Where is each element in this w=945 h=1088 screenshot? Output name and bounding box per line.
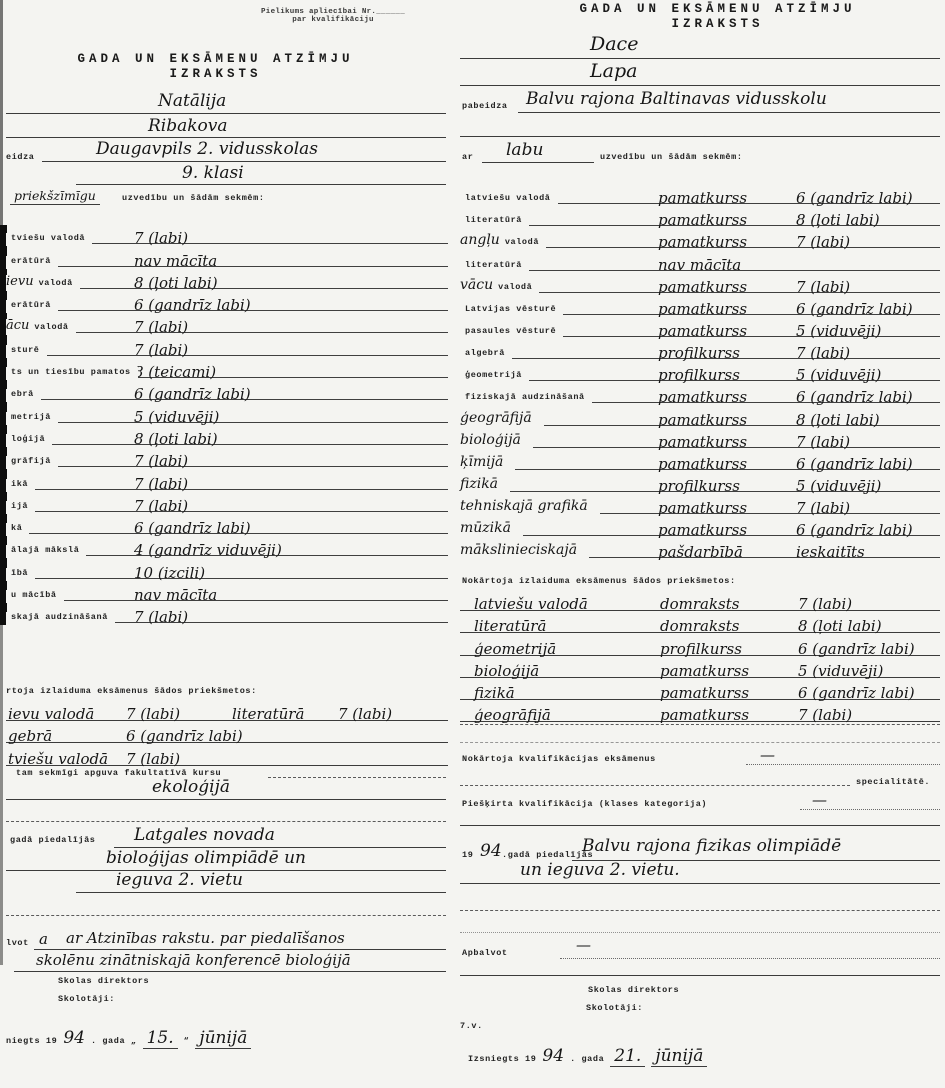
exam-course-handwritten: pamatkurss: [660, 686, 749, 701]
participation-handwritten-3: ieguva 2. vietu: [116, 872, 243, 889]
qualification-dash-handwritten: —: [760, 748, 775, 763]
subject-row: pamatkurss 8 (ļoti labi) literatūrā: [460, 204, 940, 226]
exam-subject-handwritten: latviešu valodā: [474, 597, 588, 612]
issued-year-handwritten: 94: [63, 1030, 85, 1047]
subject-label-wrap: ģeogrāfijā: [460, 411, 544, 428]
subject-label-handwritten: mākslinieciskajā: [460, 543, 577, 557]
exam-subject-handwritten: tviešu valodā: [8, 752, 108, 767]
specialty-label: specialitātē.: [856, 777, 930, 787]
school-line: [42, 161, 446, 162]
exam-course-handwritten: domraksts: [660, 597, 739, 612]
surname-line: [6, 137, 446, 138]
subject-row: nav mācīta u mācībā: [6, 579, 448, 601]
surname-handwritten: Ribakova: [148, 118, 228, 135]
grade-value-handwritten: 6 (gandrīz labi): [134, 298, 251, 313]
exam-subject-handwritten: fizikā: [474, 686, 515, 701]
subject-row: pamatkurss 6 (gandrīz labi) Latvijas vēs…: [460, 293, 940, 315]
school-handwritten: Balvu rajona Baltinavas vidusskolu: [526, 91, 827, 108]
exam-grade-handwritten: 7 (labi): [798, 597, 852, 612]
grade-value-handwritten: 6 (gandrīz labi): [796, 302, 913, 317]
grade-value-handwritten: 5 (viduvēji): [796, 479, 881, 494]
exam-row: ievu valodā 7 (labi) literatūrā 7 (labi): [6, 698, 448, 721]
subject-label: valodā: [505, 237, 539, 247]
subject-label: ebrā: [11, 389, 34, 399]
subject-row: 6 (gandrīz labi) kā: [6, 512, 448, 534]
exam-row: tviešu valodā 7 (labi): [6, 743, 448, 766]
right-subjects-list: pamatkurss 6 (gandrīz labi) latviešu val…: [460, 182, 940, 558]
scanned-transcript-sheet: Pielikums apliecībai Nr.______ par kvali…: [0, 0, 945, 1088]
exam-grade-handwritten: 7 (labi): [798, 708, 852, 723]
subject-row: pamatkurss 6 (gandrīz labi) latviešu val…: [460, 182, 940, 204]
subject-label: algebrā: [465, 348, 505, 358]
grade-value-handwritten: 7 (labi): [796, 435, 850, 450]
exam-row: gebrā 6 (gandrīz labi): [6, 721, 448, 744]
course-type-handwritten: pašdarbībā: [658, 545, 743, 560]
exam-subject-handwritten: literatūrā: [474, 619, 546, 634]
grade-value-handwritten: 5 (viduvēji): [796, 368, 881, 383]
school-field-label: pabeidza: [462, 101, 508, 111]
grade-value-handwritten: 7 (labi): [134, 610, 188, 625]
grade-value-handwritten: 8 (ļoti labi): [134, 432, 218, 447]
category-trail-line: [800, 809, 940, 810]
grade-value-handwritten: 8 (ļoti labi): [796, 413, 880, 428]
facultative-handwritten: ekoloģijā: [152, 779, 230, 796]
teachers-signature-label: Skolotāji:: [58, 994, 115, 1004]
school-line: [518, 112, 940, 113]
course-type-handwritten: pamatkurss: [658, 501, 747, 516]
course-type-handwritten: profilkurss: [658, 368, 740, 383]
subject-row: 7 (labi) ikā: [6, 467, 448, 489]
subject-label: literatūrā: [465, 260, 522, 270]
subject-label-handwritten: ķīmijā: [460, 455, 503, 469]
right-page-title: GADA UN EKSĀMENU ATZĪMJU: [500, 2, 935, 16]
course-type-handwritten: pamatkurss: [658, 523, 747, 538]
issued-mid: . gada „: [91, 1036, 137, 1046]
exams-section-header: Nokārtoja izlaiduma eksāmenus šādos prie…: [462, 576, 736, 586]
grade-value-handwritten: nav mācīta: [134, 588, 217, 603]
subject-label: loģijā: [11, 434, 45, 444]
subject-label: ikā: [11, 479, 28, 489]
issued-day-handwritten: 21.: [610, 1048, 645, 1067]
subject-row: pamatkurss 5 (viduvēji) pasaules vēsturē: [460, 315, 940, 337]
page-left: Pielikums apliecībai Nr.______ par kvali…: [6, 0, 455, 1088]
grade-value-handwritten: 7 (labi): [134, 343, 188, 358]
subject-row: 7 (labi) tviešu valodā: [6, 222, 448, 244]
subject-row: pamatkurss 7 (labi) angļuvalodā: [460, 226, 940, 248]
exam-subject-handwritten: ģeometrijā: [474, 642, 556, 657]
subject-label-wrap: fiziskajā audzināšanā: [460, 392, 592, 405]
facultative-trail-line: [268, 777, 446, 778]
grade-value-handwritten: 8 (ļoti labi): [134, 276, 218, 291]
category-label: Piešķirta kvalifikācija (klases kategori…: [462, 799, 707, 809]
award-field-label: Apbalvot: [462, 948, 508, 958]
exams-section-header: rtoja izlaiduma eksāmenus šādos priekšme…: [6, 686, 257, 696]
award-handwritten-2: skolēnu zinātniskajā konferencē bioloģij…: [36, 953, 351, 968]
course-type-handwritten: pamatkurss: [658, 457, 747, 472]
participation-label: .gadā piedalījās: [502, 850, 593, 860]
exam-course-handwritten: domraksts: [660, 619, 739, 634]
subject-label-wrap: ģeometrijā: [460, 370, 529, 383]
subject-label: ālajā mākslā: [11, 545, 79, 555]
subject-label-wrap: ebrā: [6, 389, 41, 402]
award-handwritten-1: ar Atzinības rakstu. par piedalīšanos: [66, 931, 345, 946]
subject-label-wrap: angļuvalodā: [460, 233, 546, 250]
exam-grade-handwritten: 6 (gandrīz labi): [798, 642, 915, 657]
subject-row: pamatkurss 6 (gandrīz labi) mūzikā: [460, 514, 940, 536]
grade-value-handwritten: 6 (gandrīz labi): [796, 457, 913, 472]
issued-date-row: niegts 19 94 . gada „ 15. “ jūnijā: [6, 1030, 251, 1049]
subject-label-wrap: mākslinieciskajā: [460, 543, 589, 560]
exam-course-handwritten: pamatkurss: [660, 664, 749, 679]
exam-row: latviešu valodā domraksts 7 (labi): [460, 589, 940, 611]
subject-row: profilkurss 5 (viduvēji) ģeometrijā: [460, 359, 940, 381]
subject-label-handwritten: tehniskajā grafikā: [460, 499, 588, 513]
subject-label-wrap: ijā: [6, 501, 35, 514]
subject-label: grāfijā: [11, 456, 51, 466]
subject-label-wrap: erātūrā: [6, 300, 58, 313]
conduct-label: uzvedību un šādām sekmēm:: [600, 152, 743, 162]
exam-grade-handwritten: 7 (labi): [126, 707, 180, 722]
participation-label: gadā piedalījās: [10, 835, 96, 845]
subject-label: sturē: [11, 345, 40, 355]
subject-row: 7 (labi) sturē: [6, 333, 448, 355]
award-field-label: lvot: [6, 938, 29, 948]
course-type-handwritten: profilkurss: [658, 479, 740, 494]
first-name-handwritten: Dace: [590, 35, 638, 54]
left-stamp: Pielikums apliecībai Nr.______ par kvali…: [261, 8, 405, 24]
subject-label: erātūrā: [11, 300, 51, 310]
grade-value-handwritten: 6 (gandrīz labi): [796, 523, 913, 538]
subject-label-handwritten: bioloģijā: [460, 433, 521, 447]
course-type-handwritten: nav mācīta: [658, 258, 741, 273]
surname-line: [460, 85, 940, 86]
subject-label-wrap: latviešu valodā: [460, 193, 558, 206]
participation-year-handwritten: 94: [480, 843, 502, 860]
grade-value-handwritten: 7 (labi): [796, 501, 850, 516]
subject-row: 6 (gandrīz labi) erātūrā: [6, 289, 448, 311]
subject-label-wrap: kā: [6, 523, 29, 536]
subject-label-wrap: vācuvalodā: [460, 278, 539, 295]
participation-handwritten-2: un ieguva 2. vietu.: [520, 862, 680, 879]
course-type-handwritten: pamatkurss: [658, 235, 747, 250]
empty-line: [460, 910, 940, 911]
subject-label: literatūrā: [465, 215, 522, 225]
exam-grade-handwritten: 7 (labi): [126, 752, 180, 767]
grade-value-handwritten: 7 (labi): [134, 454, 188, 469]
subject-label-handwritten: angļu: [460, 233, 500, 247]
subject-label: skajā audzināšanā: [11, 612, 108, 622]
grade-value-handwritten: 7 (labi): [796, 235, 850, 250]
subject-label-wrap: u mācībā: [6, 590, 64, 603]
exam-grade-2-handwritten: 7 (labi): [338, 707, 392, 722]
subject-label: valodā: [498, 282, 532, 292]
grade-value-handwritten: 7 (labi): [134, 477, 188, 492]
subject-row: 5 (viduvēji) metrijā: [6, 400, 448, 422]
subject-row: pamatkurss 8 (ļoti labi) ģeogrāfijā: [460, 403, 940, 425]
specialty-line: [460, 785, 850, 786]
exam-course-handwritten: profilkurss: [660, 642, 742, 657]
exam-row: ģeometrijā profilkurss 6 (gandrīz labi): [460, 633, 940, 655]
empty-line: [460, 136, 940, 137]
stamp-line: par kvalifikāciju: [261, 16, 405, 24]
course-type-handwritten: profilkurss: [658, 346, 740, 361]
subject-row: 7 (labi) skajā audzināšanā: [6, 601, 448, 623]
grade-value-handwritten: 8 (ļoti labi): [796, 213, 880, 228]
grade-value-handwritten: 6 (gandrīz labi): [796, 390, 913, 405]
subject-row: profilkurss 7 (labi) algebrā: [460, 337, 940, 359]
subject-label-wrap: sturē: [6, 345, 47, 358]
empty-line: [460, 825, 940, 826]
subject-label-handwritten: mūzikā: [460, 521, 511, 535]
name-line: [6, 113, 446, 114]
grade-value-handwritten: nav mācīta: [134, 254, 217, 269]
subject-row: nav mācīta literatūrā: [460, 248, 940, 270]
subject-label-wrap: ālajā mākslā: [6, 545, 86, 558]
course-type-handwritten: pamatkurss: [658, 280, 747, 295]
seal-place-label: 7.v.: [460, 1021, 483, 1031]
subject-label-wrap: ts un tiesību pamatos: [6, 367, 138, 380]
exam-subject-handwritten: ģeogrāfijā: [474, 708, 551, 723]
subject-row: pamatkurss 6 (gandrīz labi) fiziskajā au…: [460, 381, 940, 403]
subject-row: 7 (labi) ijā: [6, 490, 448, 512]
grade-value-handwritten: 7 (labi): [796, 346, 850, 361]
subject-label-wrap: ķīmijā: [460, 455, 515, 472]
right-exams-list: latviešu valodā domraksts 7 (labi) liter…: [460, 589, 940, 722]
course-type-handwritten: pamatkurss: [658, 435, 747, 450]
subject-label: latviešu valodā: [465, 193, 551, 203]
conduct-handwritten: priekšzīmīgu: [10, 190, 100, 205]
grade-value-handwritten: 6 (gandrīz labi): [134, 521, 251, 536]
left-page-title-line2: IZRAKSTS: [6, 67, 425, 81]
subject-label: ģeometrijā: [465, 370, 522, 380]
exam-grade-handwritten: 6 (gandrīz labi): [798, 686, 915, 701]
subject-row: 10 (izcili) ībā: [6, 556, 448, 578]
subject-label-handwritten: ācu: [6, 319, 29, 332]
qualification-exams-label: Nokārtoja kvalifikācijas eksāmenus: [462, 754, 656, 764]
course-type-handwritten: pamatkurss: [658, 302, 747, 317]
empty-line: [6, 821, 446, 822]
subject-row: 7 (labi) grāfijā: [6, 445, 448, 467]
director-signature-label: Skolas direktors: [588, 985, 679, 995]
subject-row: 6 (gandrīz labi) ebrā: [6, 378, 448, 400]
exam-row: literatūrā domraksts 8 (ļoti labi): [460, 611, 940, 633]
empty-line: [460, 724, 940, 725]
subject-row: pamatkurss 6 (gandrīz labi) ķīmijā: [460, 448, 940, 470]
issued-date-row: Izsniegts 19 94 . gada 21. jūnijā: [468, 1048, 707, 1067]
subject-label: erātūrā: [11, 256, 51, 266]
issued-mid: . gada: [570, 1054, 604, 1064]
subject-label: ībā: [11, 568, 28, 578]
subject-label-wrap: literatūrā: [460, 260, 529, 273]
participation-line-2: [460, 883, 940, 884]
first-name-handwritten: Natālija: [158, 93, 226, 110]
award-line: [460, 975, 940, 976]
grade-value-handwritten: 7 (labi): [134, 499, 188, 514]
school-handwritten: Daugavpils 2. vidusskolas: [96, 141, 318, 158]
teachers-signature-label: Skolotāji:: [586, 1003, 643, 1013]
grade-value-handwritten: 5 (viduvēji): [796, 324, 881, 339]
subject-label: valodā: [34, 322, 68, 332]
participation-handwritten-2: bioloģijas olimpiādē un: [106, 850, 306, 867]
page-right: GADA UN EKSĀMENU ATZĪMJU IZRAKSTS Dace L…: [460, 0, 945, 1088]
scan-edge-artifact: [0, 625, 3, 965]
course-type-handwritten: pamatkurss: [658, 413, 747, 428]
course-type-handwritten: pamatkurss: [658, 390, 747, 405]
grade-value-handwritten: 4 (gandrīz viduvēji): [134, 543, 282, 558]
subject-label-wrap: ācuvalodā: [6, 319, 76, 335]
empty-line: [460, 932, 940, 933]
award-trail-line: [560, 958, 940, 959]
subject-row: 8 (teicami) ts un tiesību pamatos: [6, 356, 448, 378]
subject-row: pamatkurss 7 (labi) vācuvalodā: [460, 271, 940, 293]
subject-row: 4 (gandrīz viduvēji) ālajā mākslā: [6, 534, 448, 556]
participation-prefix: 19: [462, 850, 473, 860]
empty-line: [460, 742, 940, 743]
award-dash-handwritten: —: [576, 938, 591, 953]
subject-label-wrap: grāfijā: [6, 456, 58, 469]
subject-row: profilkurss 5 (viduvēji) fizikā: [460, 470, 940, 492]
exam-subject-handwritten: ievu valodā: [8, 707, 94, 722]
grade-value-handwritten: 7 (labi): [796, 280, 850, 295]
issued-day-handwritten: 15.: [143, 1030, 178, 1049]
subject-label-wrap: Latvijas vēsturē: [460, 304, 563, 317]
conduct-label: uzvedību un šādām sekmēm:: [122, 193, 265, 203]
qualification-trail-line: [746, 764, 940, 765]
right-page-title-line2: IZRAKSTS: [500, 17, 935, 31]
class-handwritten: 9. klasi: [182, 165, 244, 182]
exam-subject-handwritten: bioloģijā: [474, 664, 539, 679]
subject-label-wrap: tviešu valodā: [6, 233, 92, 246]
grade-value-handwritten: ieskaitīts: [796, 545, 865, 560]
subject-label-wrap: literatūrā: [460, 215, 529, 228]
subject-label-wrap: loģijā: [6, 434, 52, 447]
subject-label-wrap: erātūrā: [6, 256, 58, 269]
exam-grade-handwritten: 6 (gandrīz labi): [126, 729, 243, 744]
subject-label-wrap: mūzikā: [460, 521, 523, 538]
empty-line: [6, 915, 446, 916]
subject-row: nav mācīta erātūrā: [6, 244, 448, 266]
course-type-handwritten: pamatkurss: [658, 191, 747, 206]
exam-row: fizikā pamatkurss 6 (gandrīz labi): [460, 678, 940, 700]
category-dash-handwritten: —: [812, 793, 827, 808]
subject-label-wrap: skajā audzināšanā: [6, 612, 115, 625]
award-line-2: [14, 971, 446, 972]
subject-label-wrap: pasaules vēsturē: [460, 326, 563, 339]
surname-handwritten: Lapa: [590, 62, 637, 81]
subject-label-handwritten: ievu: [6, 275, 34, 288]
subject-label-wrap: fizikā: [460, 477, 510, 494]
grade-value-handwritten: 5 (viduvēji): [134, 410, 219, 425]
subject-label: ts un tiesību pamatos: [11, 367, 131, 377]
class-line: [76, 184, 446, 185]
left-exams-list: ievu valodā 7 (labi) literatūrā 7 (labi)…: [6, 698, 448, 766]
award-suffix-handwritten: a: [39, 932, 48, 947]
exam-row: ģeogrāfijā pamatkurss 7 (labi): [460, 700, 940, 722]
exam-grade-handwritten: 5 (viduvēji): [798, 664, 883, 679]
stamp-line: Pielikums apliecībai Nr.______: [261, 8, 405, 16]
subject-row: pašdarbībā ieskaitīts mākslinieciskajā: [460, 536, 940, 558]
subject-row: pamatkurss 7 (labi) tehniskajā grafikā: [460, 492, 940, 514]
issued-month-handwritten: jūnijā: [195, 1030, 251, 1049]
left-subjects-list: 7 (labi) tviešu valodā nav mācīta erātūr…: [6, 222, 448, 623]
course-type-handwritten: pamatkurss: [658, 324, 747, 339]
subject-label-wrap: ikā: [6, 479, 35, 492]
subject-label: kā: [11, 523, 22, 533]
participation-line-3: [76, 892, 446, 893]
issued-close: “: [184, 1036, 190, 1046]
subject-row: pamatkurss 7 (labi) bioloģijā: [460, 426, 940, 448]
grade-value-handwritten: 7 (labi): [134, 231, 188, 246]
award-line-1: [34, 949, 446, 950]
grade-value-handwritten: 6 (gandrīz labi): [134, 387, 251, 402]
school-field-label: eidza: [6, 152, 35, 162]
issued-prefix: niegts 19: [6, 1036, 57, 1046]
grade-value-handwritten: 10 (izcili): [134, 566, 205, 581]
grade-value-handwritten: 7 (labi): [134, 320, 188, 335]
subject-row: 7 (labi) ācuvalodā: [6, 311, 448, 333]
subject-label: tviešu valodā: [11, 233, 85, 243]
grade-value-handwritten: 6 (gandrīz labi): [796, 191, 913, 206]
subject-label: fiziskajā audzināšanā: [465, 392, 585, 402]
subject-label: ijā: [11, 501, 28, 511]
exam-grade-handwritten: 8 (ļoti labi): [798, 619, 882, 634]
issued-prefix: Izsniegts 19: [468, 1054, 536, 1064]
subject-label: u mācībā: [11, 590, 57, 600]
subject-row: 8 (ļoti labi) ievuvalodā: [6, 267, 448, 289]
grade-value-handwritten: 8 (teicami): [134, 365, 216, 380]
subject-label-handwritten: vācu: [460, 278, 493, 292]
subject-label: pasaules vēsturē: [465, 326, 556, 336]
subject-label-handwritten: fizikā: [460, 477, 498, 491]
subject-label: Latvijas vēsturē: [465, 304, 556, 314]
exam-row: bioloģijā pamatkurss 5 (viduvēji): [460, 656, 940, 678]
facultative-line: [6, 799, 446, 800]
course-type-handwritten: pamatkurss: [658, 213, 747, 228]
subject-label-wrap: ievuvalodā: [6, 275, 80, 291]
subject-label-wrap: metrijā: [6, 412, 58, 425]
subject-label-wrap: bioloģijā: [460, 433, 533, 450]
subject-label-handwritten: ģeogrāfijā: [460, 411, 532, 425]
conduct-handwritten: labu: [506, 142, 543, 159]
exam-subject-handwritten: gebrā: [8, 729, 52, 744]
scan-edge-artifact: [0, 0, 3, 225]
subject-label: valodā: [39, 278, 73, 288]
subject-label: metrijā: [11, 412, 51, 422]
conduct-pre-label: ar: [462, 152, 473, 162]
conduct-line: [482, 162, 594, 163]
name-line: [460, 58, 940, 59]
participation-handwritten-1: Latgales novada: [134, 827, 275, 844]
subject-label-wrap: tehniskajā grafikā: [460, 499, 600, 516]
exam-subject-2-handwritten: literatūrā: [232, 707, 304, 722]
participation-handwritten-1: Balvu rajona fizikas olimpiādē: [582, 838, 841, 855]
subject-row: 8 (ļoti labi) loģijā: [6, 423, 448, 445]
subject-label-wrap: algebrā: [460, 348, 512, 361]
director-signature-label: Skolas direktors: [58, 976, 149, 986]
issued-month-handwritten: jūnijā: [651, 1048, 707, 1067]
left-page-title: GADA UN EKSĀMENU ATZĪMJU: [6, 52, 425, 66]
issued-year-handwritten: 94: [542, 1048, 564, 1065]
subject-label-wrap: ībā: [6, 568, 35, 581]
exam-course-handwritten: pamatkurss: [660, 708, 749, 723]
